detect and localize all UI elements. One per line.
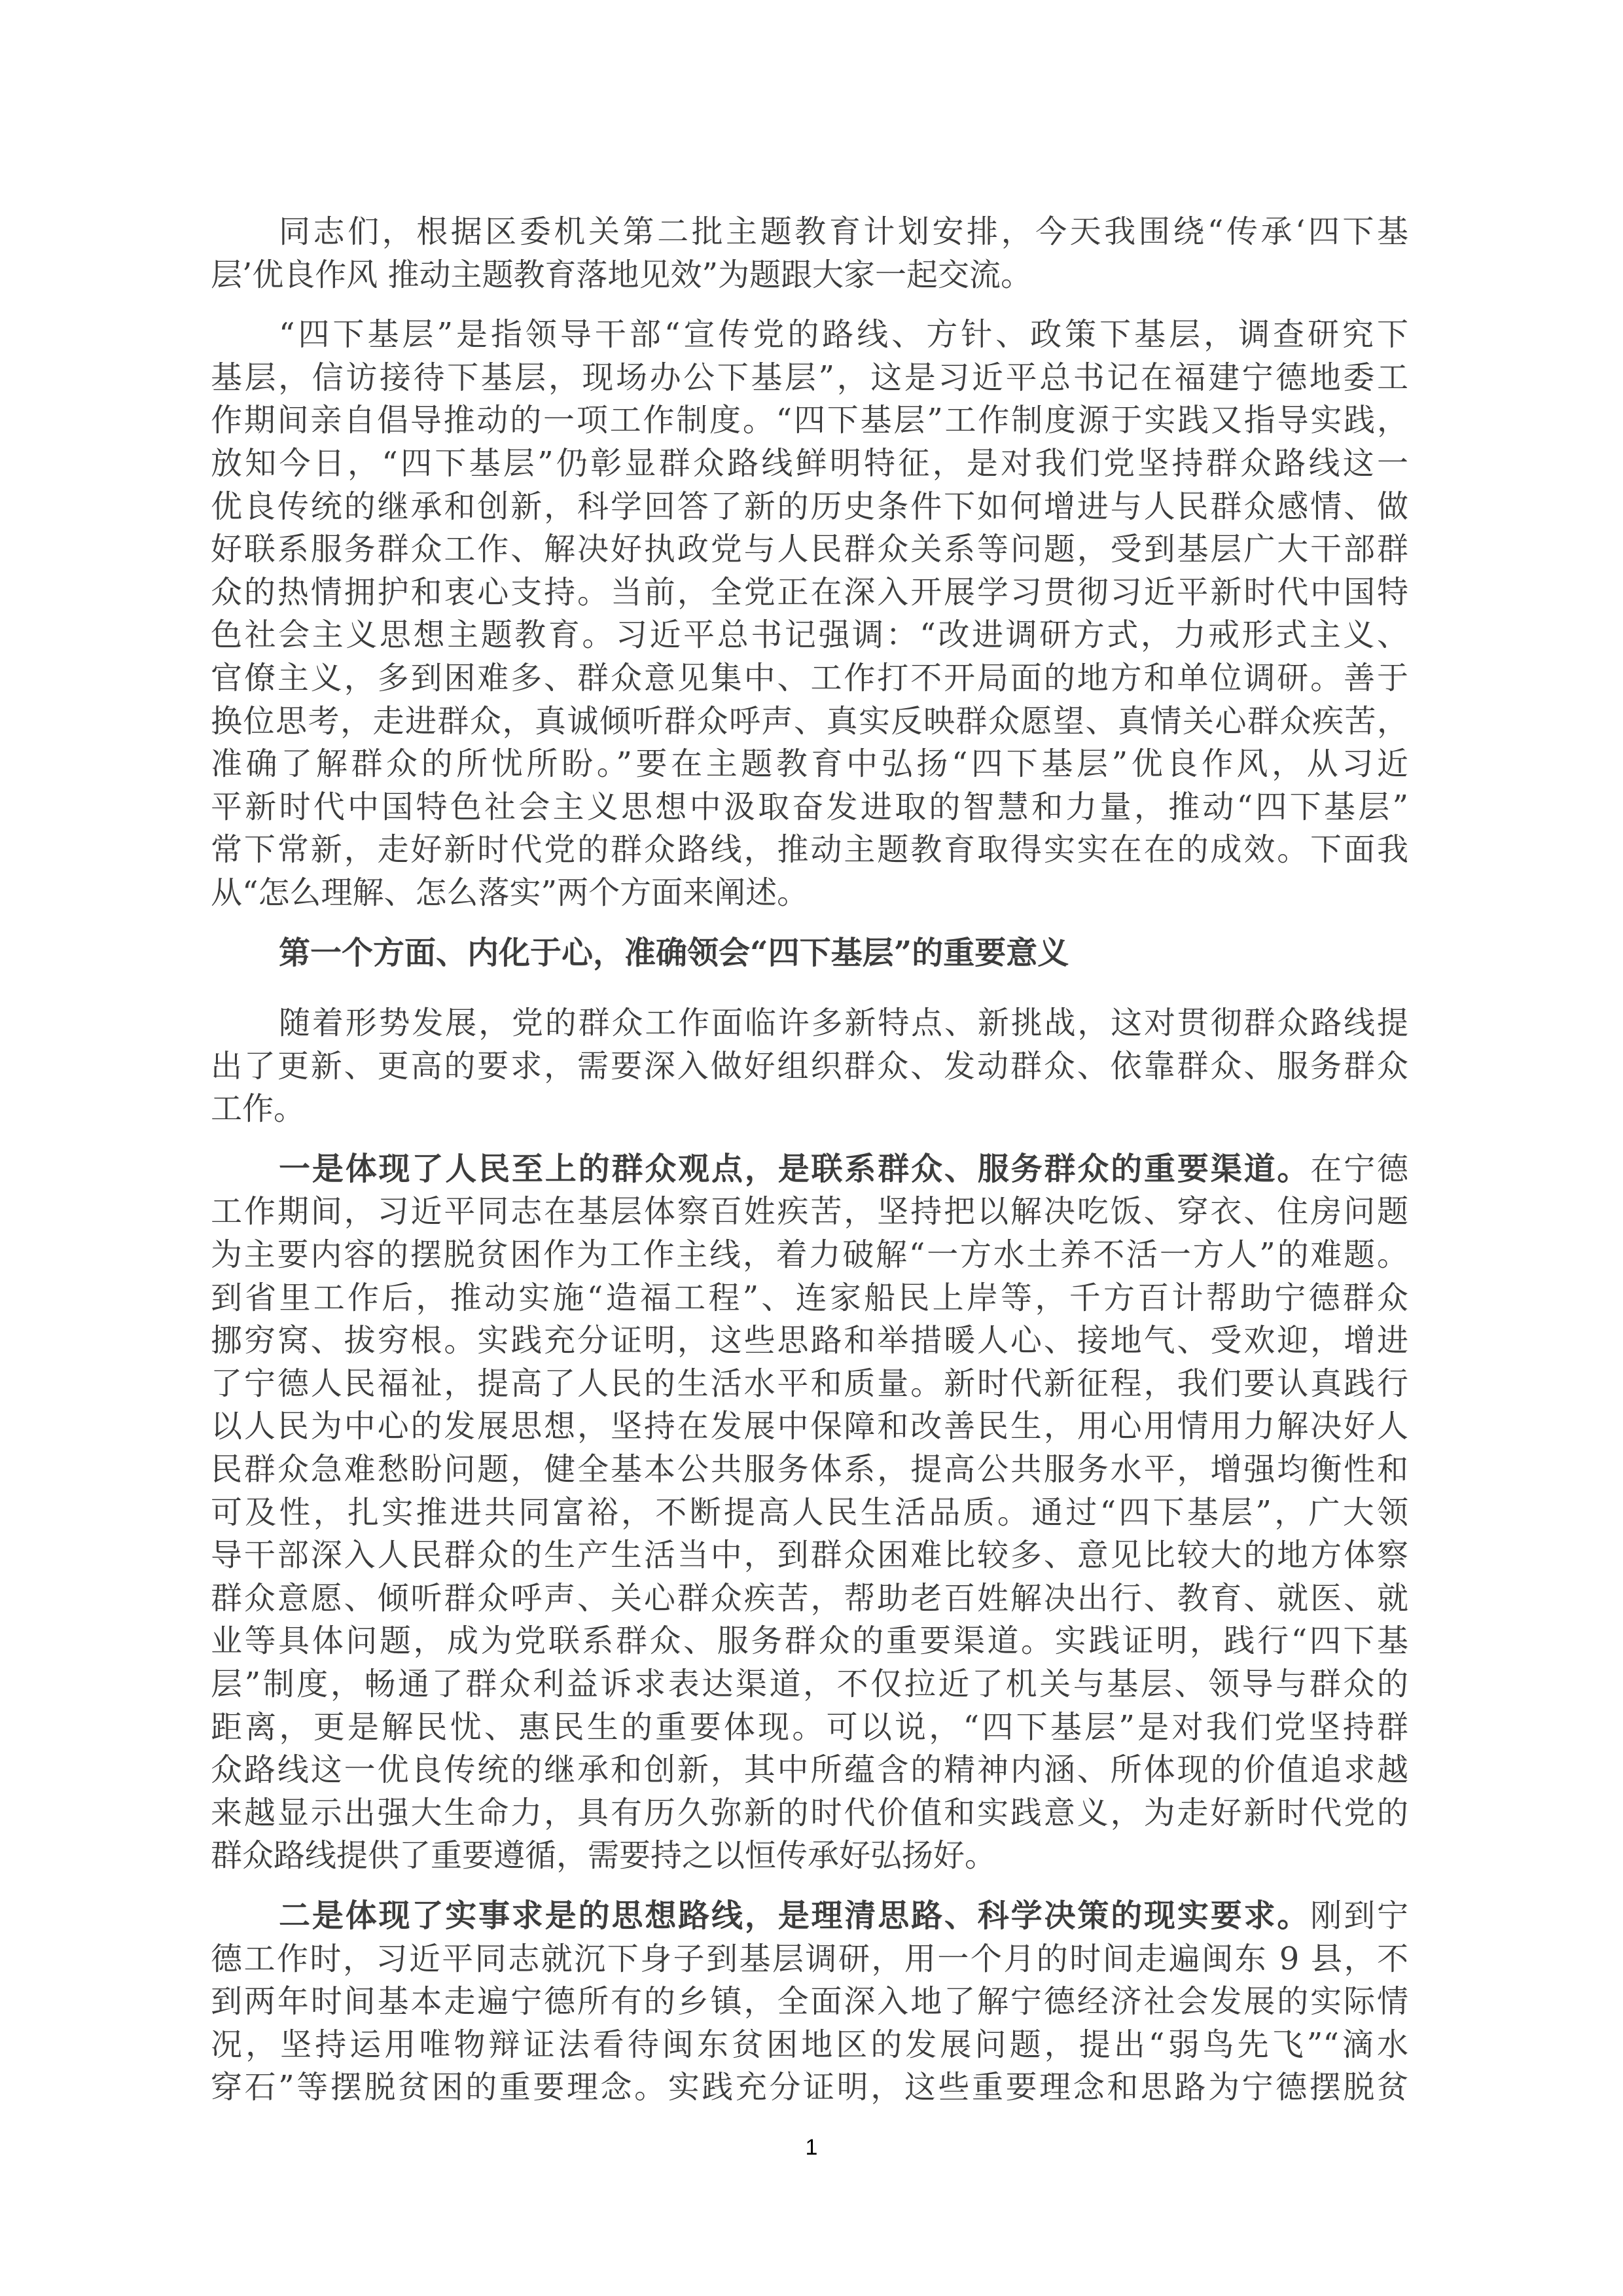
- paragraph-point-one: 一是体现了人民至上的群众观点，是联系群众、服务群众的重要渠道。在宁德 工作期间，…: [211, 1148, 1408, 1878]
- text-line: 一是体现了人民至上的群众观点，是联系群众、服务群众的重要渠道。在宁德: [211, 1148, 1408, 1191]
- text-line: 了宁德人民福祉，提高了人民的生活水平和质量。新时代新征程，我们要认真践行: [211, 1363, 1408, 1406]
- text-line: 常下常新，走好新时代党的群众路线，推动主题教育取得实实在在的成效。下面我: [211, 829, 1408, 872]
- document-body: 同志们，根据区委机关第二批主题教育计划安排，今天我围绕“传承‘四下基 层’优良作…: [211, 211, 1408, 2126]
- text-line: 况，坚持运用唯物辩证法看待闽东贫困地区的发展问题，提出“弱鸟先飞”“滴水: [211, 2024, 1408, 2067]
- paragraph-point-two: 二是体现了实事求是的思想路线，是理清思路、科学决策的现实要求。刚到宁 德工作时，…: [211, 1895, 1408, 2109]
- text-line: 到两年时间基本走遍宁德所有的乡镇，全面深入地了解宁德经济社会发展的实际情: [211, 1981, 1408, 2024]
- text-line: 好联系服务群众工作、解决好执政党与人民群众关系等问题，受到基层广大干部群: [211, 528, 1408, 571]
- text-line: 官僚主义，多到困难多、群众意见集中、工作打不开局面的地方和单位调研。善于: [211, 657, 1408, 700]
- text-line: 换位思考，走进群众，真诚倾听群众呼声、真实反映群众愿望、真情关心群众疾苦，: [211, 700, 1408, 744]
- text-line: 基层，信访接待下基层，现场办公下基层”，这是习近平总书记在福建宁德地委工: [211, 357, 1408, 400]
- bold-lead: 一是体现了人民至上的群众观点，是联系群众、服务群众的重要渠道。: [279, 1151, 1310, 1187]
- bold-lead: 二是体现了实事求是的思想路线，是理清思路、科学决策的现实要求。: [279, 1897, 1310, 1934]
- paragraph-intro: 同志们，根据区委机关第二批主题教育计划安排，今天我围绕“传承‘四下基 层’优良作…: [211, 211, 1408, 296]
- text-line: 穿石”等摆脱贫困的重要理念。实践充分证明，这些重要理念和思路为宁德摆脱贫: [211, 2066, 1408, 2109]
- text-line: 来越显示出强大生命力，具有历久弥新的时代价值和实践意义，为走好新时代党的: [211, 1792, 1408, 1835]
- text-line: 随着形势发展，党的群众工作面临许多新特点、新挑战，这对贯彻群众路线提: [211, 1002, 1408, 1045]
- text-line: 距离，更是解民忧、惠民生的重要体现。可以说，“四下基层”是对我们党坚持群: [211, 1706, 1408, 1749]
- text-line: 层”制度，畅通了群众利益诉求表达渠道，不仅拉近了机关与基层、领导与群众的: [211, 1663, 1408, 1706]
- text-line: 可及性，扎实推进共同富裕，不断提高人民生活品质。通过“四下基层”，广大领: [211, 1492, 1408, 1535]
- text-line: 工作期间，习近平同志在基层体察百姓疾苦，坚持把以解决吃饭、穿衣、住房问题: [211, 1191, 1408, 1234]
- text-line: 群众路线提供了重要遵循，需要持之以恒传承好弘扬好。: [211, 1835, 1408, 1878]
- text-line: 优良传统的继承和创新，科学回答了新的历史条件下如何增进与人民群众感情、做: [211, 486, 1408, 529]
- text-line: 导干部深入人民群众的生产生活当中，到群众困难比较多、意见比较大的地方体察: [211, 1534, 1408, 1577]
- text-line: 层’优良作风 推动主题教育落地见效”为题跟大家一起交流。: [211, 254, 1408, 297]
- text-line: 平新时代中国特色社会主义思想中汲取奋发进取的智慧和力量，推动“四下基层”: [211, 786, 1408, 829]
- text-line: 民群众急难愁盼问题，健全基本公共服务体系，提高公共服务水平，增强均衡性和: [211, 1448, 1408, 1492]
- text-line: 工作。: [211, 1088, 1408, 1131]
- text-line: 出了更新、更高的要求，需要深入做好组织群众、发动群众、依靠群众、服务群众: [211, 1045, 1408, 1088]
- document-page: 同志们，根据区委机关第二批主题教育计划安排，今天我围绕“传承‘四下基 层’优良作…: [0, 0, 1623, 2296]
- text-line: 以人民为中心的发展思想，坚持在发展中保障和改善民生，用心用情用力解决好人: [211, 1405, 1408, 1448]
- text-run: 刚到宁: [1310, 1897, 1408, 1934]
- heading-text: 第一个方面、内化于心，准确领会“四下基层”的重要意义: [211, 932, 1408, 975]
- text-line: 放知今日，“四下基层”仍彰显群众路线鲜明特征，是对我们党坚持群众路线这一: [211, 442, 1408, 486]
- text-line: 德工作时，习近平同志就沉下身子到基层调研，用一个月的时间走遍闽东 9 县，不: [211, 1938, 1408, 1981]
- text-line: 色社会主义思想主题教育。习近平总书记强调：“改进调研方式，力戒形式主义、: [211, 614, 1408, 657]
- text-line: 众的热情拥护和衷心支持。当前，全党正在深入开展学习贯彻习近平新时代中国特: [211, 571, 1408, 615]
- text-run: 在宁德: [1310, 1151, 1408, 1187]
- text-line: 挪穷窝、拔穷根。实践充分证明，这些思路和举措暖人心、接地气、受欢迎，增进: [211, 1319, 1408, 1363]
- text-line: 到省里工作后，推动实施“造福工程”、连家船民上岸等，千方百计帮助宁德群众: [211, 1277, 1408, 1320]
- text-line: 作期间亲自倡导推动的一项工作制度。“四下基层”工作制度源于实践又指导实践，: [211, 399, 1408, 442]
- text-line: 同志们，根据区委机关第二批主题教育计划安排，今天我围绕“传承‘四下基: [211, 211, 1408, 254]
- page-number: 1: [0, 2135, 1623, 2161]
- text-line: 群众意愿、倾听群众呼声、关心群众疾苦，帮助老百姓解决出行、教育、就医、就: [211, 1577, 1408, 1621]
- text-line: “四下基层”是指领导干部“宣传党的路线、方针、政策下基层，调查研究下: [211, 314, 1408, 357]
- text-line: 为主要内容的摆脱贫困作为工作主线，着力破解“一方水土养不活一方人”的难题。: [211, 1234, 1408, 1277]
- text-line: 二是体现了实事求是的思想路线，是理清思路、科学决策的现实要求。刚到宁: [211, 1895, 1408, 1938]
- section-heading: 第一个方面、内化于心，准确领会“四下基层”的重要意义: [211, 932, 1408, 975]
- paragraph-context: 随着形势发展，党的群众工作面临许多新特点、新挑战，这对贯彻群众路线提 出了更新、…: [211, 1002, 1408, 1131]
- text-line: 准确了解群众的所忧所盼。”要在主题教育中弘扬“四下基层”优良作风，从习近: [211, 743, 1408, 786]
- paragraph-definition: “四下基层”是指领导干部“宣传党的路线、方针、政策下基层，调查研究下 基层，信访…: [211, 314, 1408, 914]
- text-line: 从“怎么理解、怎么落实”两个方面来阐述。: [211, 872, 1408, 915]
- text-line: 业等具体问题，成为党联系群众、服务群众的重要渠道。实践证明，践行“四下基: [211, 1620, 1408, 1663]
- text-line: 众路线这一优良传统的继承和创新，其中所蕴含的精神内涵、所体现的价值追求越: [211, 1749, 1408, 1792]
